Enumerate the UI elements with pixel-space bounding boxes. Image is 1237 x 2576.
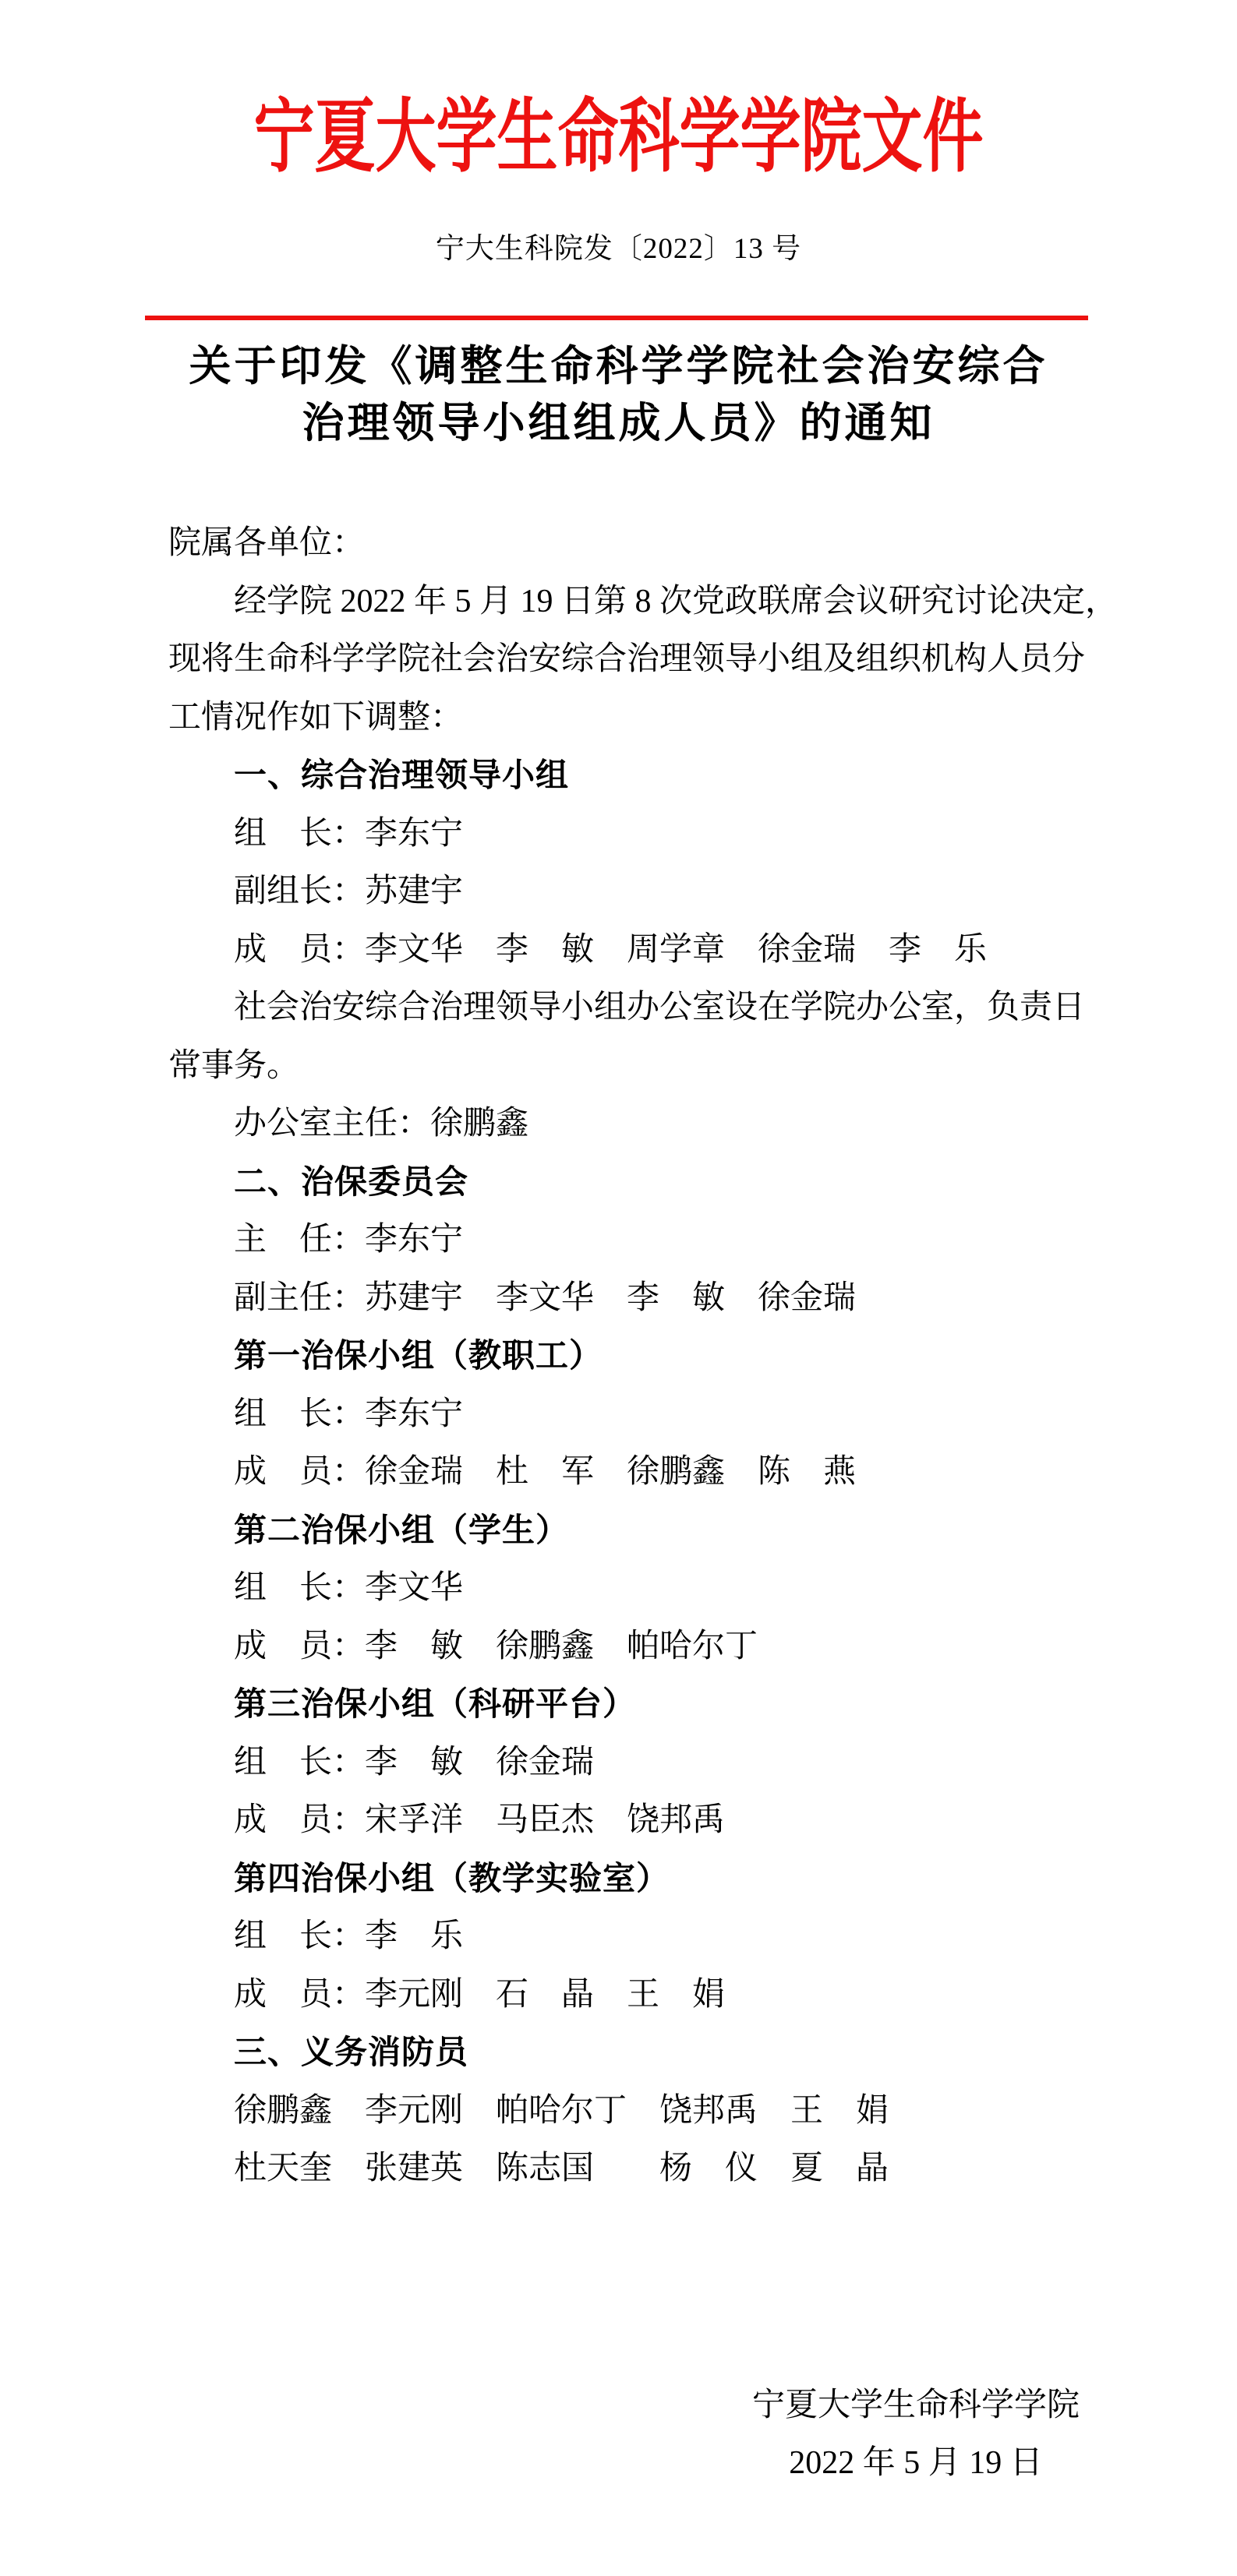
firefighters-line-2: 杜天奎 张建英 陈志国 杨 仪 夏 晶 [168,2140,1088,2198]
subgroup-4-leader-line: 组 长：李 乐 [168,1907,1088,1966]
notice-title-line-1: 关于印发《调整生命科学学院社会治安综合 [0,338,1237,395]
group-leader-line: 组 长：李东宁 [168,805,1088,863]
committee-director-line: 主 任：李东宁 [168,1211,1088,1269]
section-3-heading: 三、义务消防员 [168,2024,1088,2082]
section-2-heading: 二、治保委员会 [168,1153,1088,1212]
group-members-line: 成 员：李文华 李 敏 周学章 徐金瑞 李 乐 [168,921,1088,979]
subgroup-1-leader-line: 组 长：李东宁 [168,1385,1088,1444]
subgroup-3-heading: 第三治保小组（科研平台） [168,1675,1088,1734]
subgroup-2-members-line: 成 员：李 敏 徐鹏鑫 帕哈尔丁 [168,1618,1088,1676]
signature-block: 宁夏大学生命科学学院 2022 年 5 月 19 日 [0,2377,1080,2493]
doc-number: 宁大生科院发〔2022〕13 号 [0,235,1237,264]
subgroup-4-heading: 第四治保小组（教学实验室） [168,1850,1088,1908]
subgroup-3-members-line: 成 员：宋孚洋 马臣杰 饶邦禹 [168,1791,1088,1850]
notice-title-line-2: 治理领导小组组成人员》的通知 [0,395,1237,452]
subgroup-2-heading: 第二治保小组（学生） [168,1501,1088,1560]
subgroup-1-heading: 第一治保小组（教职工） [168,1327,1088,1385]
document-body: 院属各单位： 经学院 2022 年 5 月 19 日第 8 次党政联席会议研究讨… [168,514,1088,2198]
signature-org: 宁夏大学生命科学学院 [752,2377,1080,2435]
official-document-page: 宁夏大学生命科学学院文件 宁大生科院发〔2022〕13 号 关于印发《调整生命科… [0,0,1237,2576]
intro-paragraph-line-1: 经学院 2022 年 5 月 19 日第 8 次党政联席会议研究讨论决定， [168,573,1088,631]
subgroup-1-members-line: 成 员：徐金瑞 杜 军 徐鹏鑫 陈 燕 [168,1443,1088,1501]
red-header-title: 宁夏大学生命科学学院文件 [0,83,1237,191]
subgroup-2-leader-line: 组 长：李文华 [168,1559,1088,1618]
office-note-line-2: 常事务。 [168,1037,1088,1096]
signature-date: 2022 年 5 月 19 日 [752,2434,1080,2493]
subgroup-3-leader-line: 组 长：李 敏 徐金瑞 [168,1734,1088,1792]
firefighters-line-1: 徐鹏鑫 李元刚 帕哈尔丁 饶邦禹 王 娟 [168,2082,1088,2140]
notice-title: 关于印发《调整生命科学学院社会治安综合 治理领导小组组成人员》的通知 [0,338,1237,452]
intro-paragraph-line-3: 工情况作如下调整： [168,689,1088,747]
intro-paragraph-line-2: 现将生命科学学院社会治安综合治理领导小组及组织机构人员分 [168,630,1088,689]
salutation-line: 院属各单位： [168,514,1088,573]
office-note-line-1: 社会治安综合治理领导小组办公室设在学院办公室，负责日 [168,979,1088,1037]
section-1-heading: 一、综合治理领导小组 [168,746,1088,805]
subgroup-4-members-line: 成 员：李元刚 石 晶 王 娟 [168,1966,1088,2024]
office-director-line: 办公室主任：徐鹏鑫 [168,1095,1088,1153]
red-divider-line [145,316,1088,320]
committee-deputies-line: 副主任：苏建宇 李文华 李 敏 徐金瑞 [168,1269,1088,1328]
deputy-leader-line: 副组长：苏建宇 [168,863,1088,921]
